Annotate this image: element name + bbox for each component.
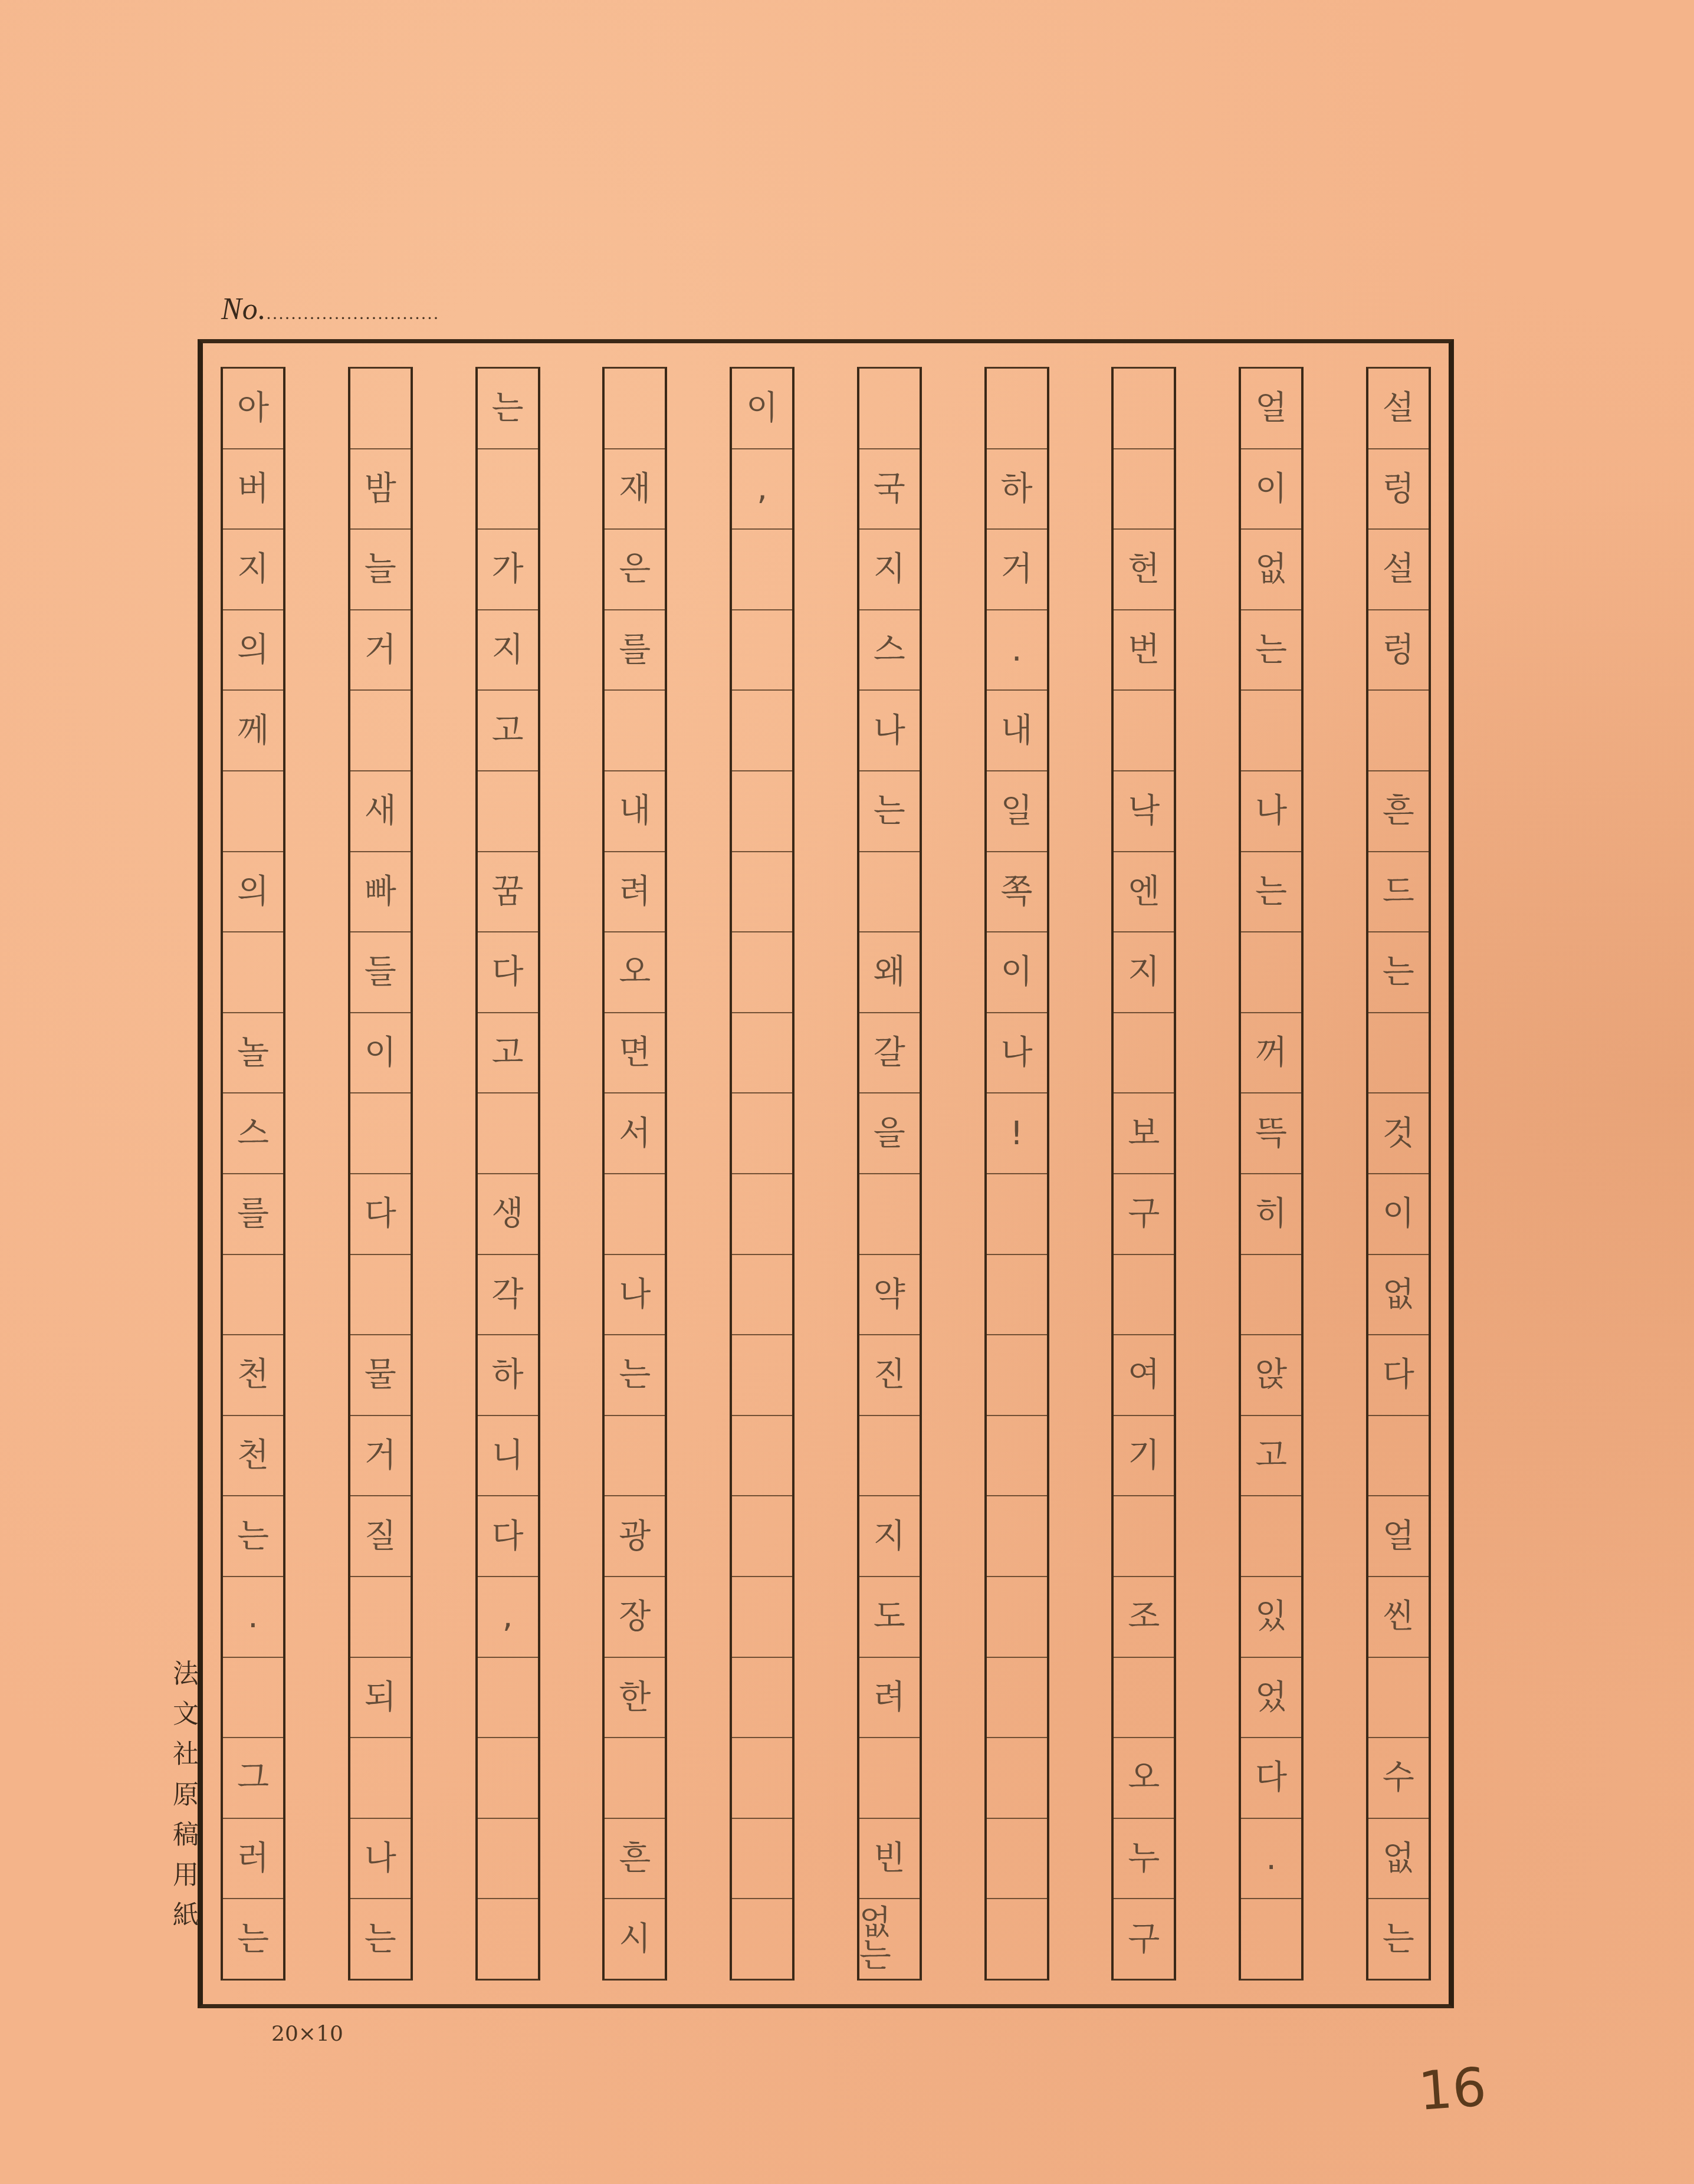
publisher-label-char: 紙 [173,1896,199,1936]
manuscript-cell: 다 [350,1174,411,1255]
publisher-label: 法文社原稿用紙 [168,1654,203,1936]
manuscript-cell: 려 [605,852,665,933]
manuscript-cell: 빈 [859,1819,920,1900]
manuscript-column: 재은를내려오면서나는광장한흔시 [602,367,667,1981]
manuscript-cell [605,369,665,449]
manuscript-cell [732,1174,792,1255]
manuscript-cell: 보 [1114,1093,1174,1174]
manuscript-cell: 재 [605,449,665,530]
manuscript-cell: 지 [223,530,283,610]
manuscript-cell: 하 [478,1335,538,1416]
manuscript-cell: 국 [859,449,920,530]
manuscript-cell [350,1738,411,1819]
manuscript-cell: 쪽 [987,852,1047,933]
manuscript-cell [1114,1255,1174,1336]
manuscript-cell: 이 [732,369,792,449]
manuscript-cell: . [987,610,1047,691]
manuscript-cell: 갈 [859,1013,920,1094]
manuscript-cell: 었 [1241,1658,1301,1739]
publisher-label-char: 法 [173,1654,199,1694]
manuscript-cell [1241,1496,1301,1577]
manuscript-cell: 거 [350,1416,411,1497]
manuscript-cell: 빠 [350,852,411,933]
manuscript-cell: 스 [859,610,920,691]
manuscript-cell [732,1335,792,1416]
manuscript-cell [732,1013,792,1094]
manuscript-cell: 아 [223,369,283,449]
page-number: 16 [1416,2056,1488,2123]
manuscript-cell [605,1416,665,1497]
manuscript-cell: 각 [478,1255,538,1336]
manuscript-columns: 설렁설렁흔드는것이없다얼씬수없는얼이없는나는꺼뜩히앉고있었다.헌번낙엔지보구여기… [203,367,1449,1981]
manuscript-cell: . [1241,1819,1301,1900]
manuscript-cell [1114,1658,1174,1739]
manuscript-cell [859,852,920,933]
manuscript-column: 헌번낙엔지보구여기조오누구 [1111,367,1176,1981]
manuscript-cell: 나 [605,1255,665,1336]
manuscript-cell: 번 [1114,610,1174,691]
manuscript-cell [859,1738,920,1819]
manuscript-cell: 이 [350,1013,411,1094]
manuscript-cell: 얼 [1368,1496,1429,1577]
manuscript-cell: 한 [605,1658,665,1739]
manuscript-cell: 면 [605,1013,665,1094]
manuscript-cell: 나 [987,1013,1047,1094]
manuscript-cell: 광 [605,1496,665,1577]
manuscript-cell: 고 [1241,1416,1301,1497]
manuscript-cell [732,1255,792,1336]
manuscript-cell [987,369,1047,449]
manuscript-cell: 는 [605,1335,665,1416]
manuscript-cell: 지 [859,530,920,610]
manuscript-cell: 오 [605,932,665,1013]
manuscript-cell [732,610,792,691]
manuscript-cell [605,691,665,771]
manuscript-cell: 이 [1368,1174,1429,1255]
manuscript-cell: 나 [1241,771,1301,852]
manuscript-cell [350,1093,411,1174]
manuscript-cell: 는 [478,369,538,449]
manuscript-cell [350,1255,411,1336]
manuscript-cell: 히 [1241,1174,1301,1255]
manuscript-cell: 나 [859,691,920,771]
manuscript-cell: 서 [605,1093,665,1174]
manuscript-cell [732,1658,792,1739]
manuscript-cell: 드 [1368,852,1429,933]
manuscript-cell: 내 [605,771,665,852]
grid-size-label: 20×10 [271,2022,343,2046]
manuscript-cell: 고 [478,1013,538,1094]
manuscript-cell: 구 [1114,1174,1174,1255]
manuscript-cell: 는 [223,1899,283,1979]
manuscript-cell: 천 [223,1335,283,1416]
manuscript-cell [987,1658,1047,1739]
manuscript-cell: 뜩 [1241,1093,1301,1174]
manuscript-cell [987,1416,1047,1497]
publisher-label-char: 文 [173,1694,199,1735]
manuscript-cell [987,1496,1047,1577]
manuscript-cell: 가 [478,530,538,610]
manuscript-cell: 지 [1114,932,1174,1013]
manuscript-cell: 다 [1368,1335,1429,1416]
manuscript-cell: 일 [987,771,1047,852]
manuscript-cell: 엔 [1114,852,1174,933]
manuscript-cell [478,1738,538,1819]
manuscript-column: 국지스나는왜갈을약진지도려빈없는 [857,367,922,1981]
manuscript-cell: 를 [605,610,665,691]
manuscript-cell: 흔 [1368,771,1429,852]
manuscript-cell: 의 [223,852,283,933]
manuscript-column: 얼이없는나는꺼뜩히앉고있었다. [1239,367,1304,1981]
manuscript-cell [478,449,538,530]
manuscript-cell: 나 [350,1819,411,1900]
manuscript-cell [1241,1899,1301,1979]
manuscript-cell: 있 [1241,1577,1301,1658]
manuscript-cell: 생 [478,1174,538,1255]
manuscript-cell [1241,932,1301,1013]
manuscript-column: 아버지의께의놀스를천천는.그러는 [221,367,285,1981]
manuscript-cell: 여 [1114,1335,1174,1416]
manuscript-cell: 왜 [859,932,920,1013]
manuscript-cell: 밤 [350,449,411,530]
manuscript-cell: 것 [1368,1093,1429,1174]
manuscript-cell: 수 [1368,1738,1429,1819]
manuscript-cell: 되 [350,1658,411,1739]
manuscript-cell: 오 [1114,1738,1174,1819]
manuscript-column: 이, [730,367,795,1981]
manuscript-cell: 다 [478,932,538,1013]
manuscript-cell [478,1658,538,1739]
manuscript-cell: 없 [1241,530,1301,610]
manuscript-cell [350,1577,411,1658]
manuscript-cell [478,771,538,852]
manuscript-cell: 지 [478,610,538,691]
manuscript-cell: 헌 [1114,530,1174,610]
manuscript-cell: 씬 [1368,1577,1429,1658]
manuscript-cell [223,932,283,1013]
manuscript-cell [732,1899,792,1979]
manuscript-cell: 들 [350,932,411,1013]
manuscript-cell: 새 [350,771,411,852]
manuscript-cell: 질 [350,1496,411,1577]
manuscript-cell: 하 [987,449,1047,530]
manuscript-cell [987,1335,1047,1416]
manuscript-cell: 늘 [350,530,411,610]
manuscript-cell [732,691,792,771]
manuscript-cell: 스 [223,1093,283,1174]
publisher-label-char: 社 [173,1735,199,1775]
manuscript-cell: 고 [478,691,538,771]
manuscript-cell: 니 [478,1416,538,1497]
manuscript-column: 하거.내일쪽이나! [984,367,1049,1981]
manuscript-cell: 러 [223,1819,283,1900]
manuscript-cell: 려 [859,1658,920,1739]
manuscript-cell [1114,1013,1174,1094]
manuscript-cell: 놀 [223,1013,283,1094]
manuscript-column: 밤늘거새빠들이다물거질되나는 [348,367,413,1981]
manuscript-cell [732,530,792,610]
manuscript-cell: 는 [859,771,920,852]
manuscript-cell [1368,1416,1429,1497]
manuscript-cell: 다 [478,1496,538,1577]
manuscript-cell: 얼 [1241,369,1301,449]
manuscript-cell: 앉 [1241,1335,1301,1416]
manuscript-cell: 는 [1368,932,1429,1013]
manuscript-cell: 다 [1241,1738,1301,1819]
manuscript-cell: , [732,449,792,530]
manuscript-cell: 시 [605,1899,665,1979]
manuscript-cell: 구 [1114,1899,1174,1979]
manuscript-cell: 는 [350,1899,411,1979]
manuscript-cell: 는 [1241,610,1301,691]
manuscript-cell: 낙 [1114,771,1174,852]
manuscript-cell [987,1577,1047,1658]
manuscript-cell [1241,691,1301,771]
manuscript-cell: , [478,1577,538,1658]
manuscript-cell [1114,691,1174,771]
manuscript-cell [732,1416,792,1497]
manuscript-cell [732,852,792,933]
manuscript-cell [859,369,920,449]
publisher-label-char: 原 [173,1775,199,1815]
manuscript-cell: 누 [1114,1819,1174,1900]
manuscript-cell: 약 [859,1255,920,1336]
manuscript-cell: 렁 [1368,449,1429,530]
manuscript-cell: 없는 [859,1899,920,1979]
manuscript-cell [223,1658,283,1739]
manuscript-cell [605,1174,665,1255]
manuscript-cell: 이 [1241,449,1301,530]
manuscript-cell: 는 [1368,1899,1429,1979]
manuscript-cell [1114,369,1174,449]
manuscript-cell [223,771,283,852]
manuscript-cell: 없 [1368,1819,1429,1900]
manuscript-cell: 없 [1368,1255,1429,1336]
manuscript-cell: 거 [350,610,411,691]
manuscript-cell: 조 [1114,1577,1174,1658]
manuscript-cell: 버 [223,449,283,530]
manuscript-cell [859,1174,920,1255]
manuscript-cell: 물 [350,1335,411,1416]
manuscript-cell [1114,449,1174,530]
manuscript-cell: 도 [859,1577,920,1658]
manuscript-cell [1368,691,1429,771]
manuscript-cell [478,1093,538,1174]
manuscript-cell: 거 [987,530,1047,610]
manuscript-cell [732,1577,792,1658]
manuscript-cell: 기 [1114,1416,1174,1497]
manuscript-cell [859,1416,920,1497]
manuscript-cell [987,1174,1047,1255]
manuscript-cell: 내 [987,691,1047,771]
manuscript-cell: ! [987,1093,1047,1174]
manuscript-cell [350,369,411,449]
number-label: No. [221,293,267,326]
manuscript-cell [478,1819,538,1900]
manuscript-cell [987,1819,1047,1900]
manuscript-cell [732,1819,792,1900]
manuscript-cell: 렁 [1368,610,1429,691]
manuscript-cell: . [223,1577,283,1658]
number-field: No............................. [221,292,440,327]
manuscript-cell: 설 [1368,369,1429,449]
manuscript-cell [732,1093,792,1174]
manuscript-cell: 진 [859,1335,920,1416]
manuscript-cell: 천 [223,1416,283,1497]
manuscript-cell: 흔 [605,1819,665,1900]
manuscript-cell: 을 [859,1093,920,1174]
manuscript-cell [987,1738,1047,1819]
manuscript-frame: 설렁설렁흔드는것이없다얼씬수없는얼이없는나는꺼뜩히앉고있었다.헌번낙엔지보구여기… [198,339,1454,2008]
number-dots: ............................ [267,304,440,323]
manuscript-cell: 이 [987,932,1047,1013]
manuscript-cell: 장 [605,1577,665,1658]
publisher-label-char: 稿 [173,1815,199,1855]
manuscript-cell: 꺼 [1241,1013,1301,1094]
manuscript-cell [987,1899,1047,1979]
manuscript-cell [1241,1255,1301,1336]
manuscript-cell: 그 [223,1738,283,1819]
manuscript-cell [732,932,792,1013]
manuscript-cell: 는 [223,1496,283,1577]
manuscript-column: 설렁설렁흔드는것이없다얼씬수없는 [1366,367,1431,1981]
manuscript-cell: 를 [223,1174,283,1255]
manuscript-cell: 꿈 [478,852,538,933]
manuscript-column: 는가지고꿈다고생각하니다, [475,367,540,1981]
manuscript-cell [350,691,411,771]
manuscript-cell [1368,1658,1429,1739]
manuscript-cell: 지 [859,1496,920,1577]
manuscript-cell [732,1496,792,1577]
manuscript-cell: 의 [223,610,283,691]
manuscript-cell [605,1738,665,1819]
manuscript-cell [732,1738,792,1819]
manuscript-cell: 은 [605,530,665,610]
manuscript-cell [478,1899,538,1979]
manuscript-cell [223,1255,283,1336]
manuscript-cell [987,1255,1047,1336]
manuscript-cell: 설 [1368,530,1429,610]
manuscript-cell [1114,1496,1174,1577]
manuscript-cell: 께 [223,691,283,771]
manuscript-cell [732,771,792,852]
publisher-label-char: 用 [173,1855,199,1896]
manuscript-cell [1368,1013,1429,1094]
manuscript-cell: 는 [1241,852,1301,933]
